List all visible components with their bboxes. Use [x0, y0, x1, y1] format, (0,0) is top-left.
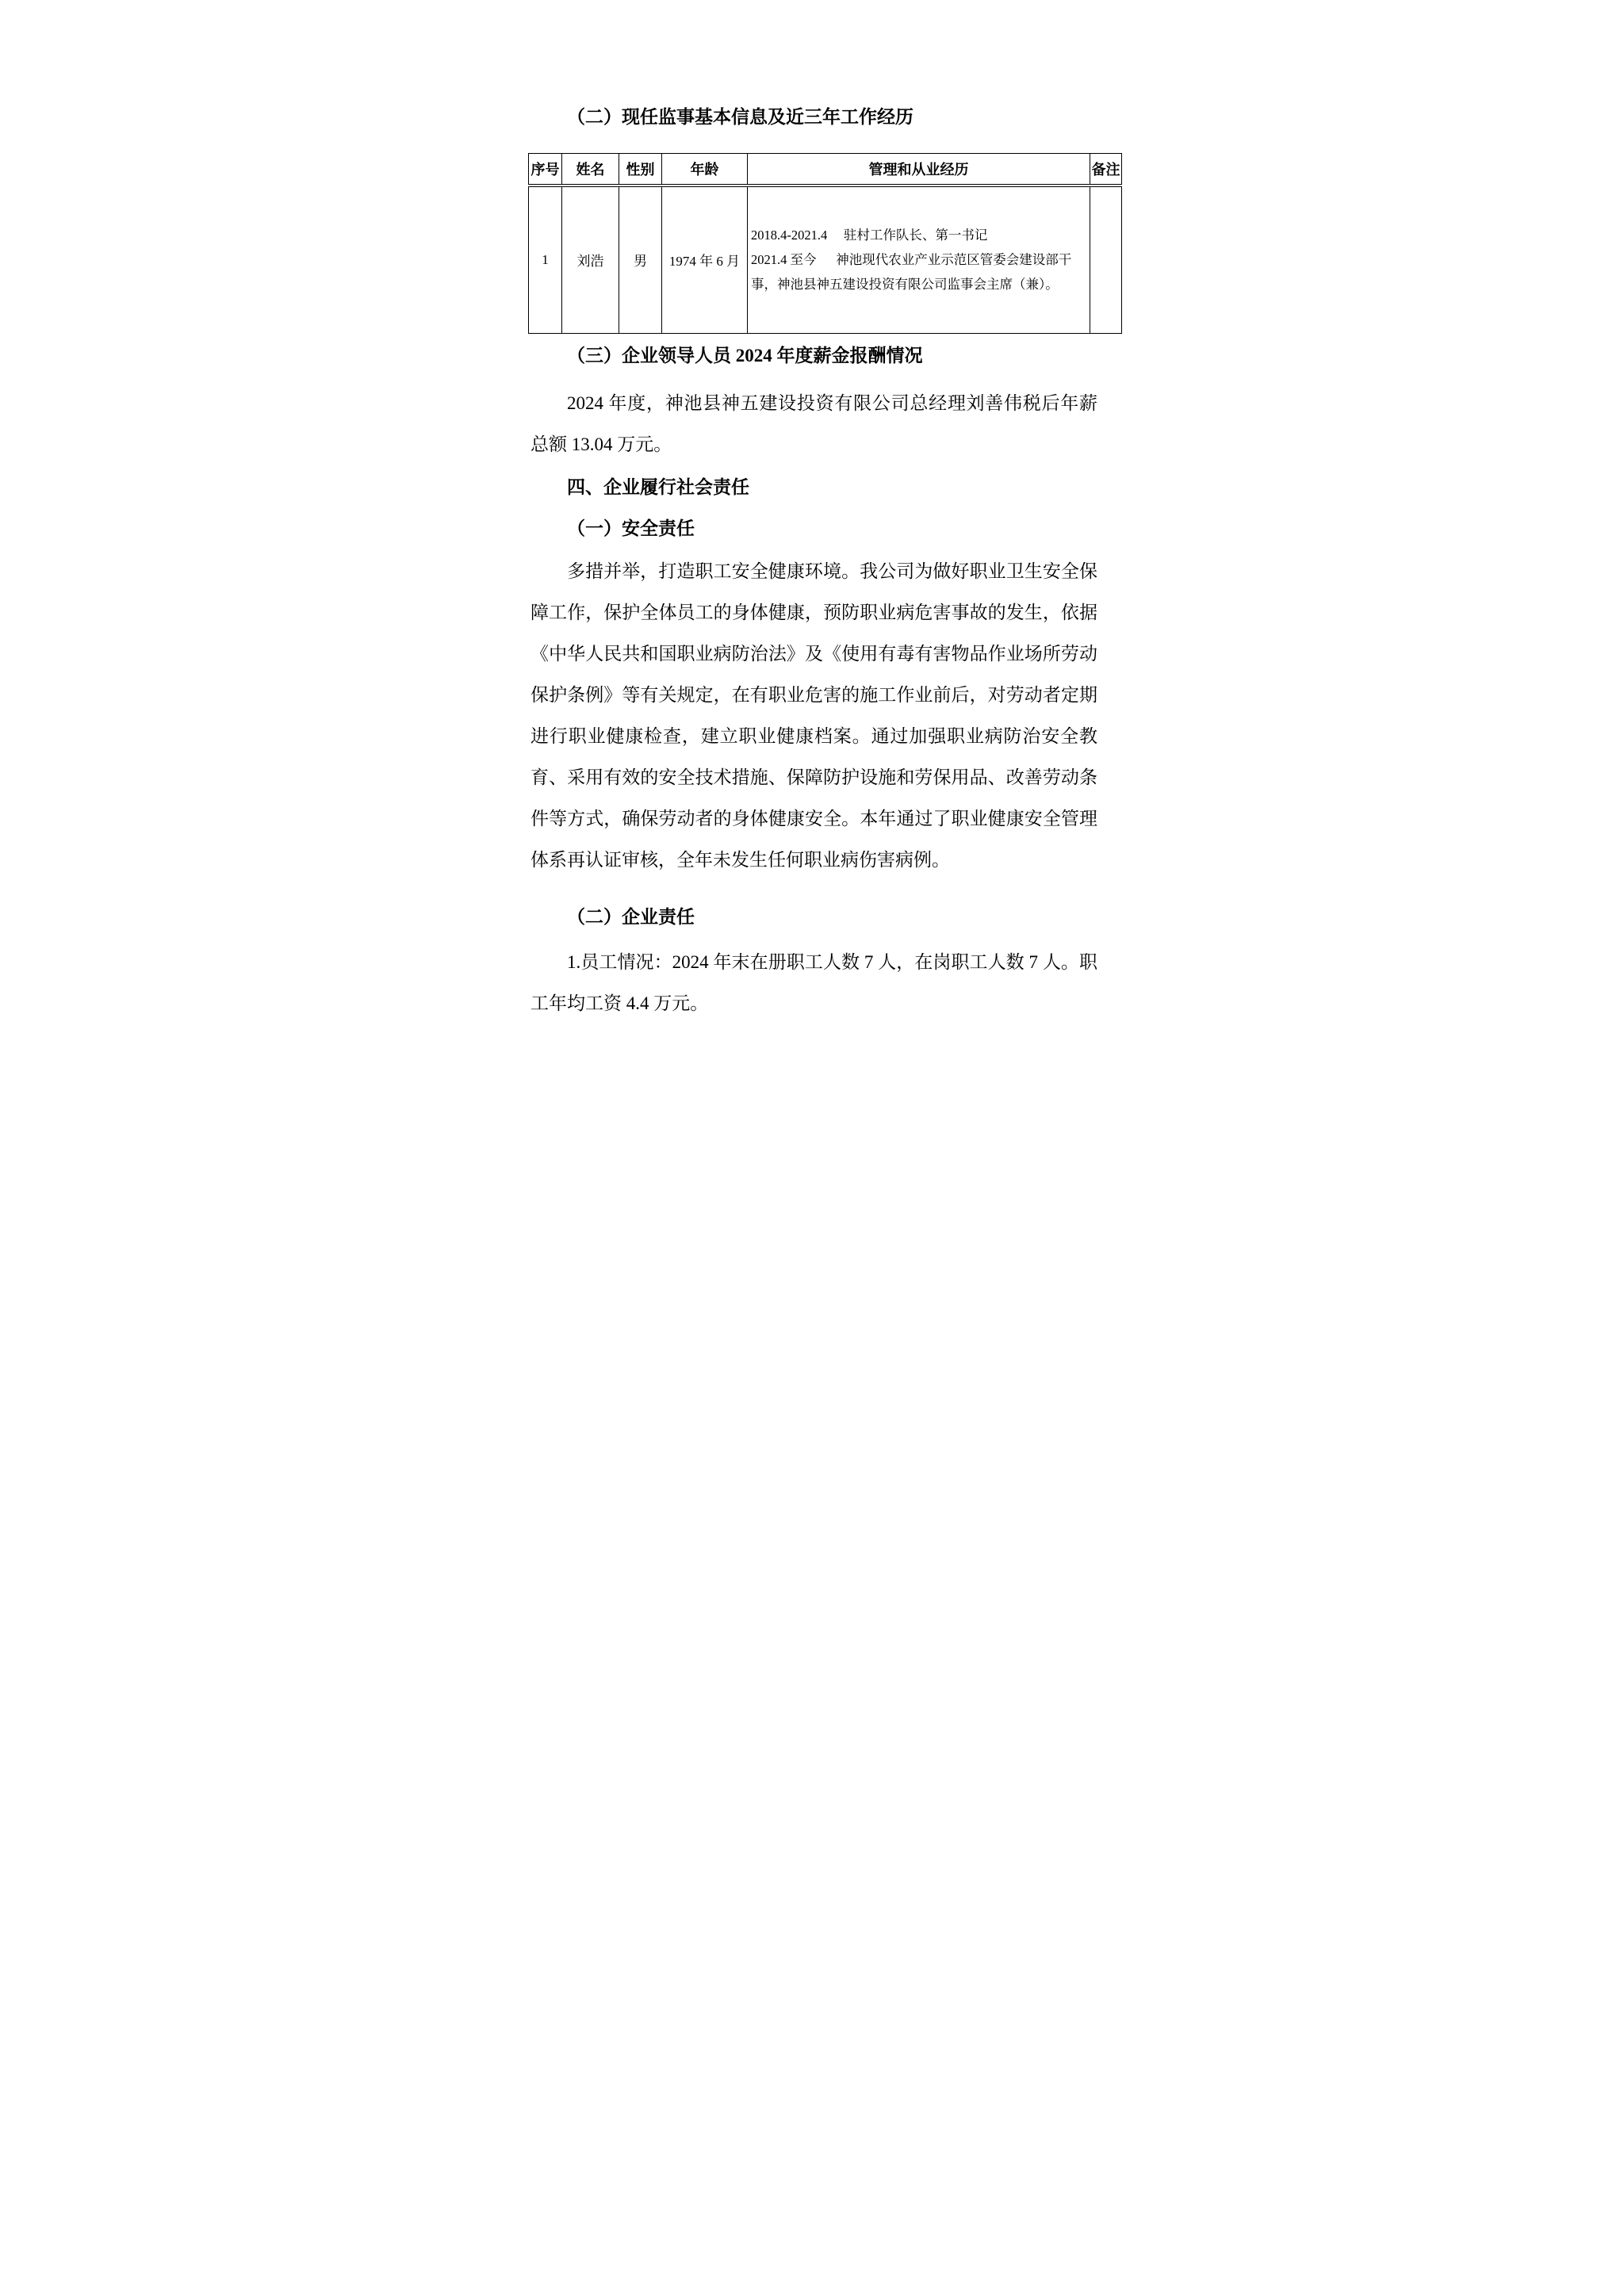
cell-remark [1090, 186, 1122, 334]
staff-paragraph: 1.员工情况：2024 年末在册职工人数 7 人，在岗职工人数 7 人。职工年均… [530, 942, 1097, 1024]
col-header-experience: 管理和从业经历 [748, 154, 1090, 186]
safety-paragraph: 多措并举，打造职工安全健康环境。我公司为做好职业卫生安全保障工作，保护全体员工的… [530, 551, 1097, 881]
col-header-remark: 备注 [1090, 154, 1122, 186]
section-3-heading: （三）企业领导人员 2024 年度薪金报酬情况 [530, 335, 1097, 377]
table-row: 1 刘浩 男 1974 年 6 月 2018.4-2021.4 驻村工作队长、第… [529, 186, 1122, 334]
supervisor-info-table: 序号 姓名 性别 年龄 管理和从业经历 备注 1 刘浩 男 1974 年 6 月… [528, 153, 1122, 334]
experience-entry-1: 2018.4-2021.4 驻村工作队长、第一书记 [751, 223, 1086, 247]
experience-entry-2: 2021.4 至今 神池现代农业产业示范区管委会建设部干事，神池县神五建设投资有… [751, 247, 1086, 297]
section-4-heading: 四、企业履行社会责任 [530, 467, 1097, 508]
cell-experience: 2018.4-2021.4 驻村工作队长、第一书记 2021.4 至今 神池现代… [748, 186, 1090, 334]
col-header-name: 姓名 [562, 154, 619, 186]
section-2-heading: （二）现任监事基本信息及近三年工作经历 [530, 97, 1097, 138]
cell-name: 刘浩 [562, 186, 619, 334]
cell-seq: 1 [529, 186, 562, 334]
cell-gender: 男 [619, 186, 662, 334]
cell-age: 1974 年 6 月 [662, 186, 748, 334]
salary-paragraph: 2024 年度，神池县神五建设投资有限公司总经理刘善伟税后年薪总额 13.04 … [530, 383, 1097, 465]
col-header-age: 年龄 [662, 154, 748, 186]
col-header-gender: 性别 [619, 154, 662, 186]
document-page: （二）现任监事基本信息及近三年工作经历 序号 姓名 性别 年龄 管理和从业经历 … [406, 0, 1218, 1148]
table-header-row: 序号 姓名 性别 年龄 管理和从业经历 备注 [529, 154, 1122, 186]
safety-responsibility-heading: （一）安全责任 [530, 508, 1097, 549]
enterprise-responsibility-heading: （二）企业责任 [530, 897, 1097, 938]
col-header-seq: 序号 [529, 154, 562, 186]
